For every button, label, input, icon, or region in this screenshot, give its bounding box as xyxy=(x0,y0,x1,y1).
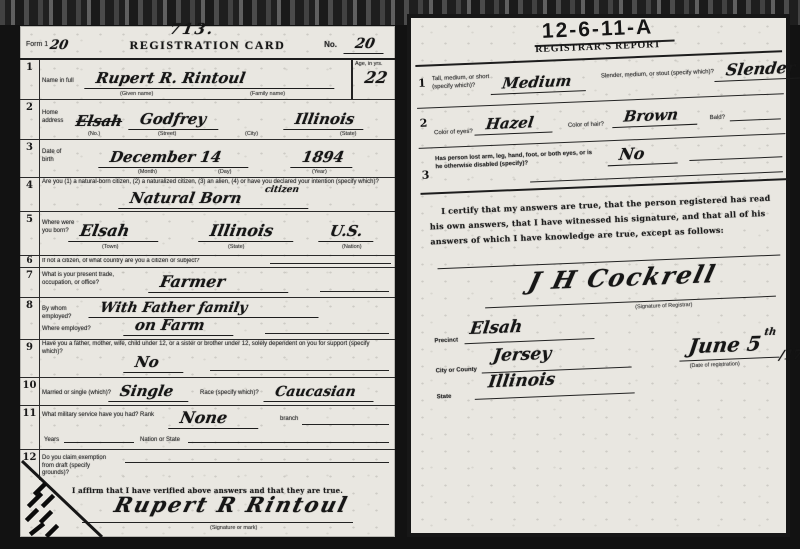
row-number: 6 xyxy=(20,256,40,267)
military-question: What military service have you had? Rank xyxy=(42,412,177,420)
row-number: 11 xyxy=(20,406,40,449)
blank-answer-line xyxy=(125,462,389,463)
birthplace-nation: U.S. xyxy=(318,222,377,242)
branch-label: branch xyxy=(280,416,298,424)
row-employer: 8 By whom employed? With Father family W… xyxy=(20,298,395,340)
registration-date-sup: th xyxy=(764,327,777,339)
blank-answer-line xyxy=(689,156,782,161)
month-sublabel: (Month) xyxy=(138,169,157,175)
blank-answer-line xyxy=(530,171,783,182)
registrars-report-content: 12-6-11-A REGISTRAR'S REPORT 1 Tall, med… xyxy=(414,8,800,529)
state-sublabel: (State) xyxy=(340,131,357,137)
no-label: No. xyxy=(324,40,337,50)
row-birthplace: 5 Where were you born? Elsah Illinois U.… xyxy=(20,212,395,256)
blank-answer-line xyxy=(302,424,389,425)
build-answer: Slender xyxy=(714,57,800,82)
eyes-question: Color of eyes? xyxy=(434,128,478,137)
registrars-report-card: 12-6-11-A REGISTRAR'S REPORT 1 Tall, med… xyxy=(407,14,790,537)
hair-answer: Brown xyxy=(612,105,700,129)
disability-answer: No xyxy=(608,142,681,166)
dependents-answer: No xyxy=(123,353,187,373)
citizenship-answer: Natural Born xyxy=(118,189,312,209)
birthplace-town: Elsah xyxy=(68,221,162,242)
row-citizenship: 4 Are you (1) a natural-born citizen, (2… xyxy=(20,178,395,212)
signature-line xyxy=(82,522,353,523)
citizenship-question: Are you (1) a natural-born citizen, (2) … xyxy=(42,179,391,187)
row-home-address: 2 Home address Elsah Godfrey Illinois (N… xyxy=(20,100,395,140)
city-county-label: City or County xyxy=(436,367,478,376)
blank-answer-line xyxy=(270,263,391,264)
age-box: Age, in yrs. 22 xyxy=(351,60,395,99)
row-married-race: 10 Married or single (which)? Single Rac… xyxy=(20,378,395,406)
scanned-document: 713. Form 1 20 REGISTRATION CARD No. 20 … xyxy=(0,0,800,549)
birth-year: 1894 xyxy=(290,148,355,168)
married-question: Married or single (which)? xyxy=(42,390,112,398)
name-question: Name in full xyxy=(42,78,76,86)
state-label: State xyxy=(437,394,452,402)
height-answer: Medium xyxy=(491,71,589,95)
row-date-of-birth: 3 Date of birth December 14 1894 (Month)… xyxy=(20,140,395,178)
registrar-signature-line xyxy=(485,296,776,309)
dependents-question: Have you a father, mother, wife, child u… xyxy=(42,341,391,356)
registrant-signature: Rupert R Rintoul xyxy=(112,492,351,517)
age-label: Age, in yrs. xyxy=(355,61,383,68)
race-question: Race (specify which)? xyxy=(200,390,260,398)
birthplace-state: Illinois xyxy=(198,221,297,242)
military-answer: None xyxy=(168,408,262,429)
registration-year: /17 xyxy=(778,348,800,364)
precinct-line xyxy=(465,338,595,344)
row-number: 10 xyxy=(20,378,40,405)
birth-month-day: December 14 xyxy=(98,148,252,168)
row-occupation: 7 What is your present trade, occupation… xyxy=(20,268,395,298)
blank-answer-line xyxy=(188,442,389,443)
row-number: 5 xyxy=(20,212,40,255)
where-employed-answer: on Farm xyxy=(123,316,237,336)
date-sublabel: (Date of registration) xyxy=(690,361,740,369)
age-value: 22 xyxy=(363,68,389,87)
precinct-value: Elsah xyxy=(469,317,524,339)
given-name-sublabel: (Given name) xyxy=(120,91,153,97)
row-number: 9 xyxy=(20,340,40,377)
nation-sublabel: (Nation) xyxy=(342,244,362,250)
row-number: 1 xyxy=(20,60,40,99)
certification-text: I certify that my answers are true, that… xyxy=(429,191,780,249)
blank-answer-line xyxy=(64,442,134,443)
signature-sublabel: (Signature or mark) xyxy=(210,525,257,531)
town-sublabel: (Town) xyxy=(102,244,119,250)
row-name: 1 Name in full Rupert R. Rintoul (Given … xyxy=(20,60,395,100)
race-answer: Caucasian xyxy=(263,384,376,402)
home-address-no: Elsah xyxy=(74,112,123,130)
blank-answer-line xyxy=(730,118,781,121)
corner-fold-stamp xyxy=(20,447,110,539)
years-label: Years xyxy=(44,437,59,445)
card-title: REGISTRATION CARD xyxy=(20,38,395,53)
height-question: Tall, medium, or short (specify which)? xyxy=(432,74,491,91)
day-sublabel: (Day) xyxy=(218,169,231,175)
row-number: 8 xyxy=(20,298,40,339)
blank-answer-line xyxy=(265,333,389,334)
occupation-answer: Farmer xyxy=(148,272,292,293)
city-county-value: Jersey xyxy=(492,344,553,366)
home-address-city: Godfrey xyxy=(128,110,222,130)
build-question: Slender, medium, or stout (specify which… xyxy=(601,69,716,81)
precinct-label: Precinct xyxy=(434,337,458,345)
registrar-signature-sublabel: (Signature of Registrar) xyxy=(635,302,692,310)
row-number: 2 xyxy=(419,117,427,130)
blank-answer-line xyxy=(210,370,389,371)
row-dependents: 9 Have you a father, mother, wife, child… xyxy=(20,340,395,378)
blank-answer-line xyxy=(320,291,389,292)
year-sublabel: (Year) xyxy=(312,169,327,175)
city-sublabel: (City) xyxy=(245,131,258,137)
no-value: 20 xyxy=(343,36,386,54)
employer-question: By whom employed? xyxy=(42,306,92,321)
row-number: 7 xyxy=(20,268,40,297)
disability-question: Has person lost arm, leg, hand, foot, or… xyxy=(435,150,595,171)
row-number: 4 xyxy=(20,178,40,211)
registration-date: June 5 xyxy=(687,331,762,358)
where-employed-question: Where employed? xyxy=(42,326,92,334)
bald-question: Bald? xyxy=(710,114,726,122)
row-number: 3 xyxy=(20,140,40,177)
eyes-answer: Hazel xyxy=(474,112,555,135)
family-name-sublabel: (Family name) xyxy=(250,91,285,97)
no-sublabel: (No.) xyxy=(88,131,100,137)
nation-state-label: Nation or State xyxy=(140,437,180,445)
hair-question: Color of hair? xyxy=(568,121,610,130)
foreign-citizen-question: If not a citizen, of what country are yo… xyxy=(42,258,335,266)
state-value: Illinois xyxy=(487,370,557,393)
home-address-state: Illinois xyxy=(283,110,367,130)
row-number: 1 xyxy=(418,77,426,90)
serial-number: 713. xyxy=(168,20,216,38)
registration-card: 713. Form 1 20 REGISTRATION CARD No. 20 … xyxy=(20,26,395,537)
occupation-question: What is your present trade, occupation, … xyxy=(42,272,137,287)
row-foreign-citizen: 6 If not a citizen, of what country are … xyxy=(20,256,395,268)
name-answer: Rupert R. Rintoul xyxy=(84,69,338,89)
state-sublabel: (State) xyxy=(228,244,245,250)
street-sublabel: (Street) xyxy=(158,131,176,137)
row-number: 3 xyxy=(422,168,430,181)
registration-card-header: 713. Form 1 20 REGISTRATION CARD No. 20 xyxy=(20,26,395,60)
birth-date-question: Date of birth xyxy=(42,149,72,164)
state-line xyxy=(475,392,635,399)
row-number: 2 xyxy=(20,100,40,139)
married-answer: Single xyxy=(108,382,192,402)
home-address-question: Home address xyxy=(42,110,72,125)
row-military-service: 11 What military service have you had? R… xyxy=(20,406,395,450)
